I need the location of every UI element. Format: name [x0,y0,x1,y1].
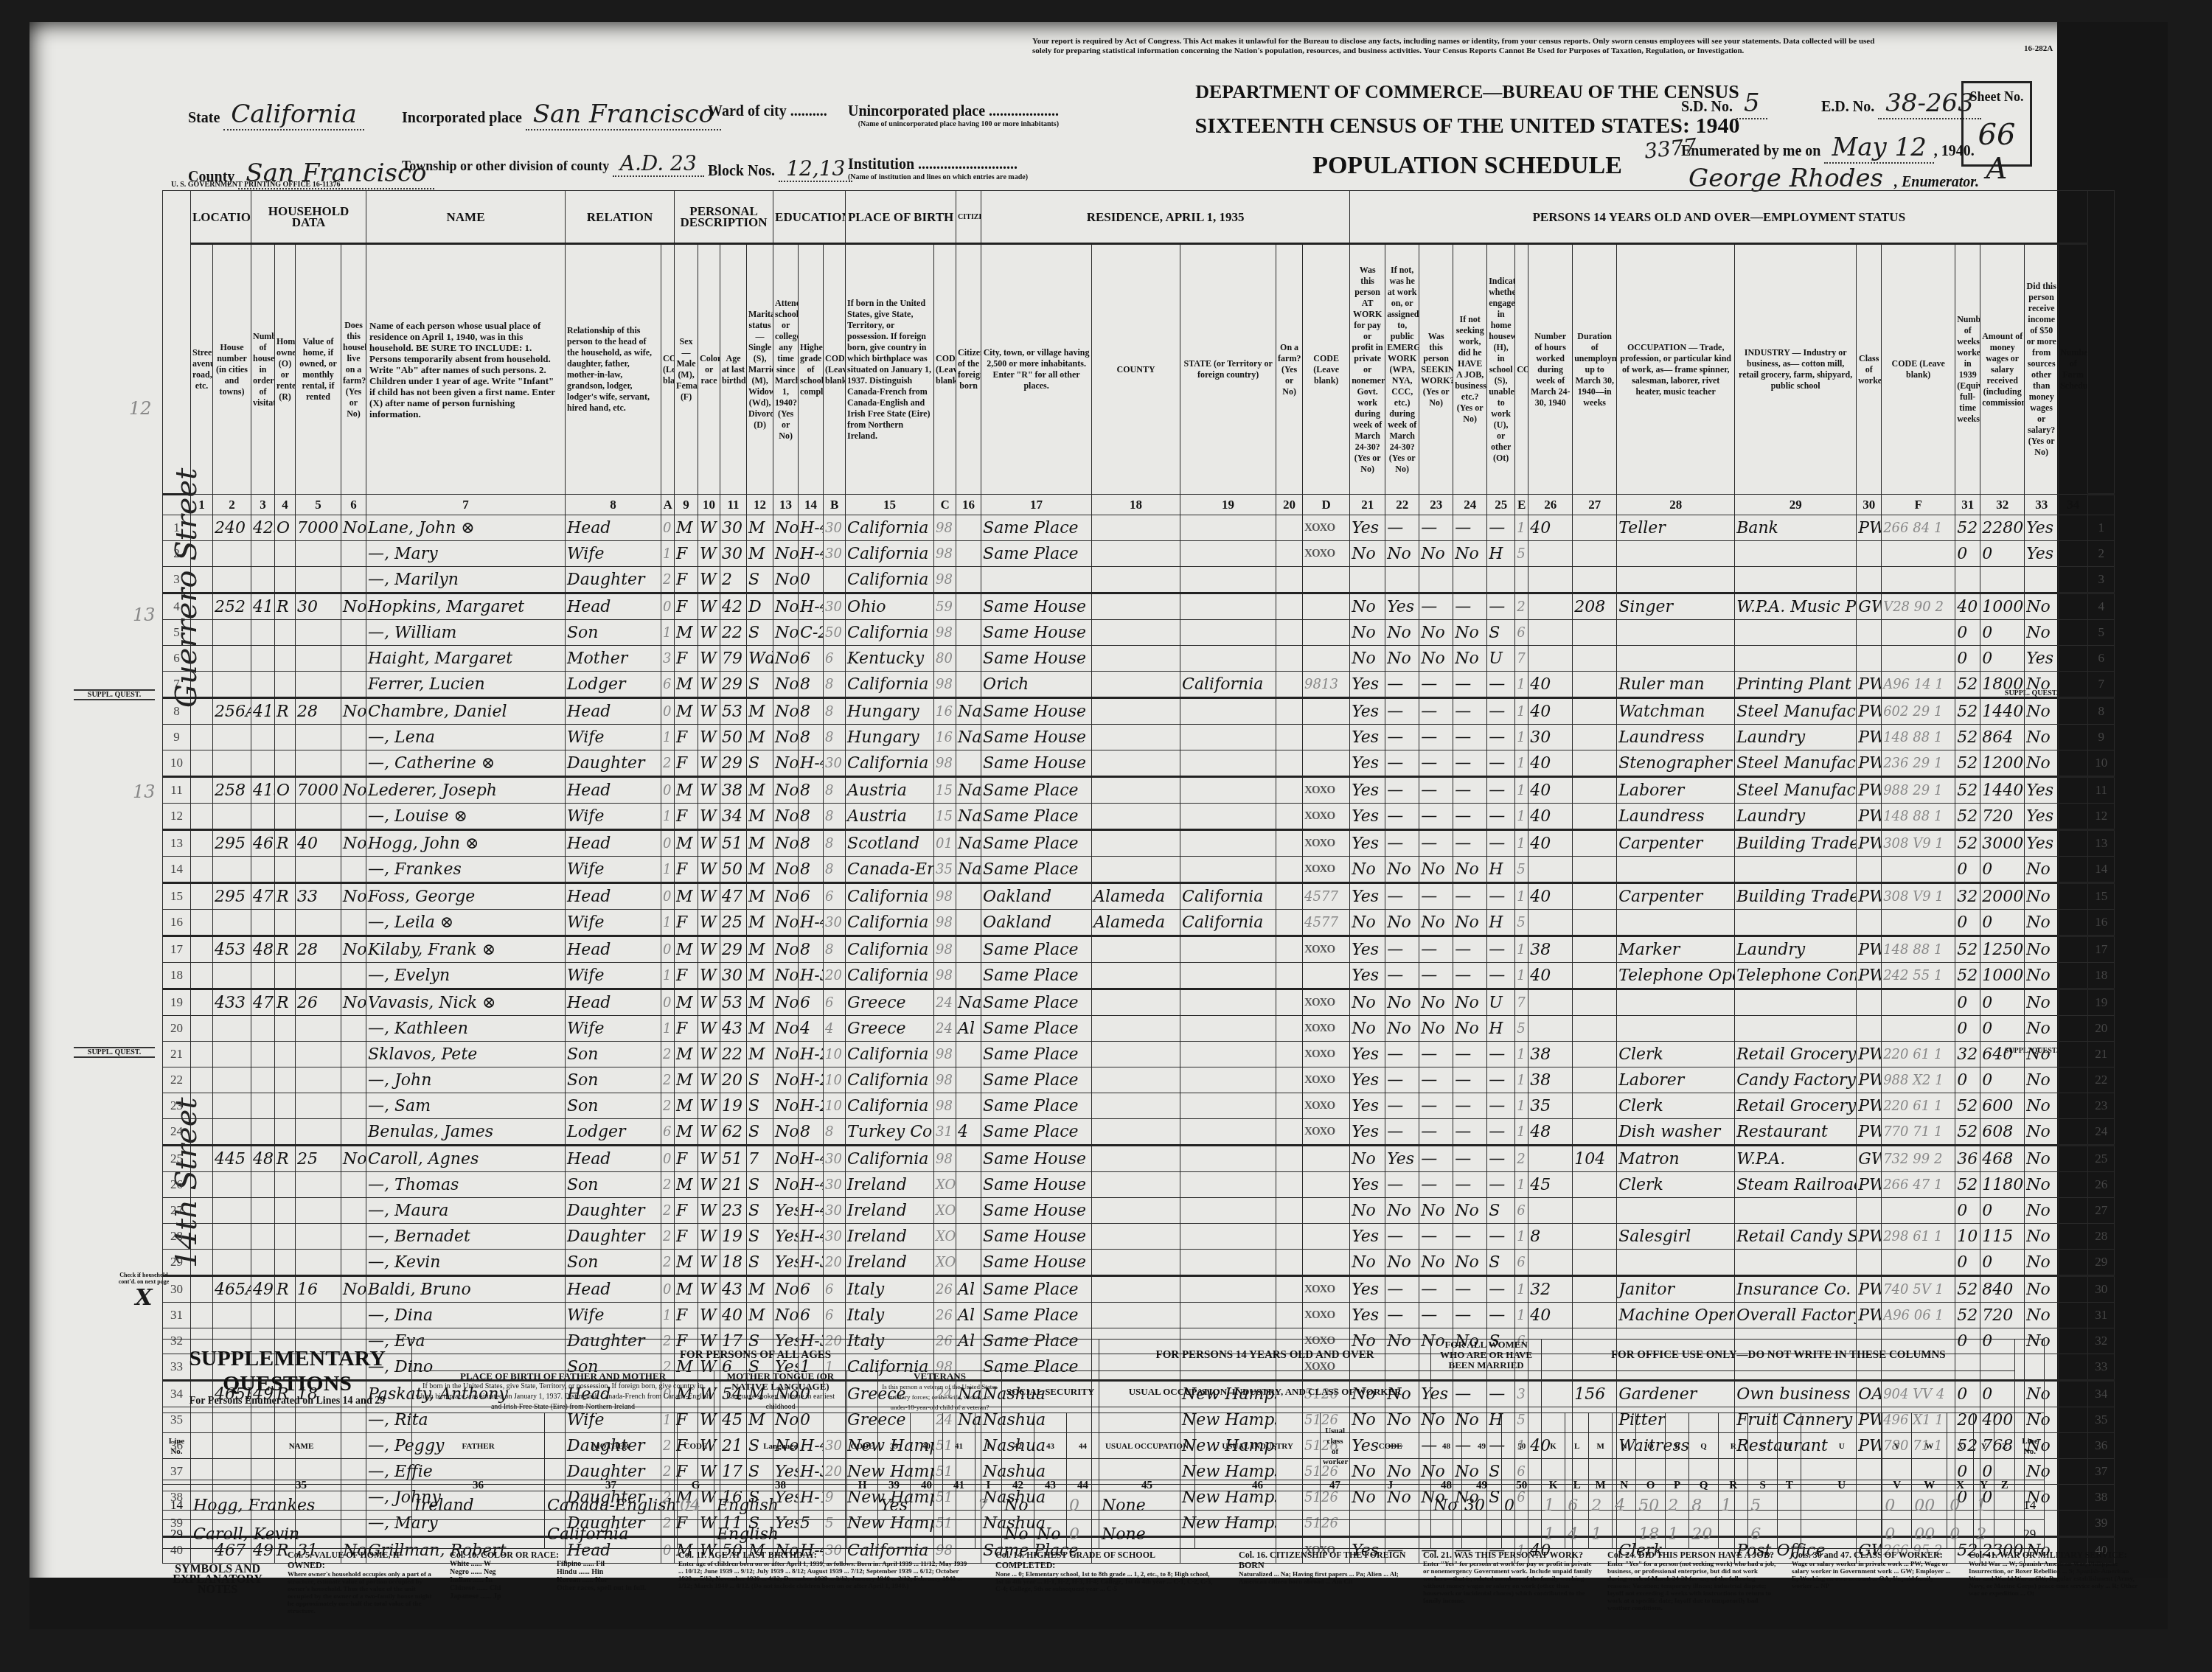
column-number: 16 [956,495,981,515]
cell-gr: 8 [799,698,824,725]
column-number: 33 [2025,495,2059,515]
table-row: 4252419R30NoHopkins, MargaretHead0FW42DN… [163,593,2115,620]
cell-cit: Na [956,725,981,750]
cell-c22: No [1385,1016,1419,1042]
cell-birth: Ohio [846,593,934,620]
supp-column-number: 39 [878,1480,911,1491]
cell-state [1180,1276,1276,1303]
cell-cls [1857,1250,1882,1276]
cell-birth: Ireland [846,1224,934,1250]
cell-c27 [1573,883,1617,910]
supp-column-number: W [1912,1480,1947,1491]
cell-county [1092,963,1180,989]
cell-ca: 0 [661,989,675,1016]
cell-c27 [1573,963,1617,989]
line-number: 28 [2088,1224,2115,1250]
supp-cell-q: 20 [1689,1520,1719,1549]
cell-hh: 479 [251,989,275,1016]
cell-mar: S [747,1224,773,1250]
group-location: LOCATION [191,191,251,244]
supp-header: S [1748,1413,1778,1480]
cell-own: O [275,777,296,804]
cell-race: W [698,593,720,620]
cell-cf [1882,1016,1955,1042]
supp-cell-father [412,1520,545,1549]
group-residence: RESIDENCE, APRIL 1, 1935 [981,191,1350,244]
cell-c22: — [1385,830,1419,857]
desc-col27: Duration of unemployment up to March 30,… [1573,244,1617,495]
cell-race: W [698,910,720,936]
supp-column-number: R [1719,1480,1748,1491]
supp-column-number: 43 [1034,1480,1067,1491]
cell-ca: 0 [661,515,675,541]
column-number: 22 [1385,495,1419,515]
cell-value: 28 [296,936,341,963]
cell-c31: 0 [1955,1250,1980,1276]
cell-rel: Head [566,1276,661,1303]
cell-name: Chambre, Daniel [366,698,566,725]
cell-occ [1617,910,1735,936]
cell-c22: No [1385,1250,1419,1276]
cell-farm: No [341,698,366,725]
cell-mar: M [747,989,773,1016]
cell-c34 [2059,1459,2088,1485]
cell-c32: 1440 [1980,777,2025,804]
cell-county [1092,777,1180,804]
cell-rfarm [1276,1042,1303,1067]
cell-name: Foss, George [366,883,566,910]
cell-c26: 40 [1528,515,1573,541]
cell-c23: — [1419,515,1453,541]
cell-own [275,1224,296,1250]
cell-cc: 01 [934,830,956,857]
cell-county [1092,1042,1180,1067]
supp-column-number: O [1636,1480,1666,1491]
cell-c32: 0 [1980,646,2025,672]
cell-birth: Kentucky [846,646,934,672]
supp-veterans: VETERANS [880,1371,999,1382]
cell-city: Orich [981,672,1092,698]
cell-c33: No [2025,1146,2059,1172]
supp-column-number: 45 [1099,1480,1195,1491]
cell-house [213,910,251,936]
desc-race: Color or race [698,244,720,495]
cell-c24: No [1453,1250,1487,1276]
race-code-item: Indian ...... In [450,1576,549,1584]
cell-cc: 98 [934,1067,956,1093]
cell-c24: — [1453,698,1487,725]
cell-c31: 52 [1955,1119,1980,1146]
cell-c34 [2059,593,2088,620]
table-row: 21Sklavos, PeteSon2MW22MNoH-210Californi… [163,1042,2115,1067]
cell-own: R [275,936,296,963]
cell-ce: 6 [1515,1198,1528,1224]
cell-birth: California [846,963,934,989]
cell-c22: — [1385,1172,1419,1198]
cell-race: W [698,620,720,646]
cell-street [191,593,213,620]
cell-city: Same House [981,698,1092,725]
cell-c34 [2059,1093,2088,1119]
note-col11: Col. 11. AGE AT LAST BIRTHDAY: Enter age… [678,1550,973,1589]
cell-own [275,750,296,777]
cell-rfarm [1276,1146,1303,1172]
line-number: 9 [163,725,191,750]
cell-c22: No [1385,620,1419,646]
cell-c26 [1528,541,1573,567]
cell-cls [1857,1016,1882,1042]
cell-mar: M [747,698,773,725]
cell-ind: Building Trades [1735,830,1857,857]
cell-cd: XOXO [1303,1093,1350,1119]
cell-sch: No [773,567,799,593]
cell-c23: — [1419,698,1453,725]
supp-cell-t [1778,1520,1801,1549]
supp-cell-w50 [1502,1520,1542,1549]
note-col41-text: World War ... W; Spanish-American War, P… [1969,1560,2138,1597]
suppl-quest-marker-14: SUPPL. QUEST. [74,689,155,700]
cell-name: Hogg, John ⊗ [366,830,566,857]
line-number: 33 [2088,1354,2115,1381]
group-household: HOUSEHOLD DATA [251,191,366,244]
cell-city: Same House [981,593,1092,620]
table-row: 22—, JohnSon2MW20SNoH-210California98Sam… [163,1067,2115,1093]
cell-c23: — [1419,1303,1453,1328]
cell-c25: U [1487,646,1515,672]
cell-c31: 10 [1955,1224,1980,1250]
cell-birth: Ireland [846,1198,934,1224]
year-suffix: , 1940. [1934,143,1975,159]
cell-ind: Steam Railroad [1735,1172,1857,1198]
cell-rel: Son [566,1042,661,1067]
cell-ce: 1 [1515,1224,1528,1250]
cell-birth: Austria [846,777,934,804]
cell-state [1180,725,1276,750]
cell-c25: — [1487,1276,1515,1303]
cell-cd: XOXO [1303,857,1350,883]
cell-cb: 6 [824,989,846,1016]
cell-c22: No [1385,989,1419,1016]
desc-residence-state: STATE (or Territory or foreign country) [1180,244,1276,495]
cell-hh: 415 [251,777,275,804]
cell-mar: S [747,1119,773,1146]
cell-cit: Al [956,1276,981,1303]
cell-ca: 3 [661,646,675,672]
ed-field: E.D. No. 38-263 [1821,88,1981,118]
cell-c23: — [1419,1276,1453,1303]
cell-hh [251,646,275,672]
cell-rfarm [1276,541,1303,567]
cell-state [1180,830,1276,857]
cell-c33: No [2025,1119,2059,1146]
cell-c33: No [2025,672,2059,698]
cell-mar: M [747,1016,773,1042]
cell-c21: Yes [1350,936,1385,963]
cell-c24: — [1453,1146,1487,1172]
cell-state: California [1180,883,1276,910]
cell-county [1092,672,1180,698]
state-field: State California [188,100,364,129]
cell-street [191,1276,213,1303]
cell-cd: 4577 [1303,910,1350,936]
cell-race: W [698,646,720,672]
column-number: 13 [773,495,799,515]
line-number: 26 [2088,1172,2115,1198]
cell-city: Same House [981,1224,1092,1250]
cell-c21: Yes [1350,725,1385,750]
cell-hh [251,1224,275,1250]
cell-cf [1882,1198,1955,1224]
cell-c32: 0 [1980,1067,2025,1093]
cell-age: 19 [720,1093,747,1119]
cell-house: 295 [213,883,251,910]
line-number: 24 [2088,1119,2115,1146]
cell-cls [1857,620,1882,646]
supp-cell-mother: Canada-English [545,1491,678,1520]
desc-code-c: CODE (Leave blank) [934,244,956,495]
cell-rel: Son [566,1067,661,1093]
desc-wages: Amount of money wages or salary received… [1980,244,2025,495]
cell-ca: 2 [661,1198,675,1224]
cell-cd: XOXO [1303,1119,1350,1146]
supp-header: 43 [1034,1413,1067,1480]
cell-value [296,1093,341,1119]
cell-c22 [1385,567,1419,593]
cell-ind: Overall Factory [1735,1303,1857,1328]
col-line-header-right [2088,191,2115,495]
supp-cell-r: 1 [1719,1491,1748,1520]
cell-farm: No [341,830,366,857]
cell-birth: California [846,620,934,646]
race-code-item: Filipino ...... Fil [557,1560,656,1568]
cell-c33: No [2025,1042,2059,1067]
cell-rel: Wife [566,725,661,750]
cell-gr: 8 [799,725,824,750]
supp-cell-ucls [1321,1491,1350,1520]
cell-c23: No [1419,620,1453,646]
cell-age: 53 [720,698,747,725]
cell-cls: PW [1857,883,1882,910]
table-row: 8256A416R28NoChambre, DanielHead0MW53MNo… [163,698,2115,725]
cell-hh: 486 [251,1146,275,1172]
enumerated-date: May 12 [1824,133,1933,164]
note-col21-title: Col. 21. WAS THIS PERSON AT WORK? [1423,1550,1593,1560]
supp-column-number: J [1350,1480,1431,1491]
cell-name: —, Frankes [366,857,566,883]
cell-cc: XO [934,1198,956,1224]
supp-column-number: 44 [1067,1480,1099,1491]
cell-cit: Na [956,857,981,883]
cell-c33: No [2025,1016,2059,1042]
cell-c26 [1528,593,1573,620]
supp-column-number: Z [1994,1480,2015,1491]
cell-sex: M [675,1172,698,1198]
supp-cell-z [1994,1491,2015,1520]
supp-cell-o: 50 [1636,1491,1666,1520]
cell-farm [341,1303,366,1328]
table-row: 1240425O7000NoLane, John ⊗Head0MW30MNoH-… [163,515,2115,541]
cell-gr: H-4 [799,515,824,541]
cell-race: W [698,1067,720,1093]
cell-cc: 24 [934,989,956,1016]
cell-cb: 50 [824,620,846,646]
cell-c24: — [1453,883,1487,910]
cell-c22: — [1385,1276,1419,1303]
cell-c23: No [1419,1250,1453,1276]
line-number: 17 [163,936,191,963]
cell-c31: 52 [1955,777,1980,804]
cell-c21: Yes [1350,515,1385,541]
cell-c21 [1350,567,1385,593]
cell-county: Alameda [1092,910,1180,936]
cell-house [213,1224,251,1250]
column-number: 2 [213,495,251,515]
cell-hh [251,857,275,883]
supp-cell-j [1350,1491,1431,1520]
cell-occ: Clerk [1617,1172,1735,1198]
cell-gr: 0 [799,567,824,593]
cell-cit: 4 [956,1119,981,1146]
desc-school: Attended school or college any time sinc… [773,244,799,495]
supp-cell-uind [1195,1520,1321,1549]
cell-rfarm [1276,515,1303,541]
cell-sex: F [675,750,698,777]
desc-other-income: Did this person receive income of $50 or… [2025,244,2059,495]
cell-c32: 1180 [1980,1172,2025,1198]
line-number: 8 [2088,698,2115,725]
desc-farm: Does this household live on a farm? (Yes… [341,244,366,495]
cell-gr: 8 [799,804,824,830]
cell-cit: Na [956,777,981,804]
cell-value [296,1198,341,1224]
cell-gr: 6 [799,883,824,910]
cell-occ: Laborer [1617,777,1735,804]
cell-sex: F [675,1198,698,1224]
note-col30-text: Wage or salary worker in private work ..… [1792,1560,1954,1589]
cell-city: Same Place [981,804,1092,830]
cell-c27 [1573,1119,1617,1146]
cell-ce: 5 [1515,857,1528,883]
cell-c31: 52 [1955,672,1980,698]
supp-header: NAME [191,1413,412,1480]
cell-value: 7000 [296,777,341,804]
township-label: Township or other division of county [402,159,609,173]
cell-c32: 1000 [1980,963,2025,989]
supp-header: FATHER [412,1413,545,1480]
cell-birth: California [846,910,934,936]
cell-c31: 36 [1955,1146,1980,1172]
cell-ca: 6 [661,672,675,698]
supp-header: Z [1994,1413,2015,1480]
cell-c24: — [1453,1119,1487,1146]
cell-occ: Ruler man [1617,672,1735,698]
cell-c27: 104 [1573,1146,1617,1172]
table-row: 26—, ThomasSon2MW21SNoH-430IrelandXOSame… [163,1172,2115,1198]
cell-c26: 40 [1528,804,1573,830]
desc-code-d: CODE (Leave blank) [1303,244,1350,495]
desc-relation: Relationship of this person to the head … [566,244,661,495]
cell-c24 [1453,567,1487,593]
cell-ce: 2 [1515,593,1528,620]
cell-street [191,750,213,777]
cell-street [191,857,213,883]
cell-ce: 7 [1515,646,1528,672]
cell-race: W [698,1303,720,1328]
cell-sex: M [675,698,698,725]
cell-street [191,1198,213,1224]
cell-gr: H-4 [799,1146,824,1172]
cell-gr: H-2 [799,1067,824,1093]
institution-note: (Name of institution and lines on which … [848,173,1028,181]
supp-column-number: 46 [1195,1480,1321,1491]
cell-age: 23 [720,1198,747,1224]
cell-c24: — [1453,777,1487,804]
cell-name: Hopkins, Margaret [366,593,566,620]
cell-sch: No [773,963,799,989]
cell-rel: Mother [566,646,661,672]
supp-header: K [1542,1413,1565,1480]
cell-sex: M [675,515,698,541]
cell-c22: — [1385,1303,1419,1328]
cell-cb: 6 [824,883,846,910]
supp-cell-s44: 0 [1067,1520,1099,1549]
cell-mar: S [747,1172,773,1198]
cell-cb: 30 [824,1224,846,1250]
supp-header: 42 [1002,1413,1034,1480]
cell-cb: 8 [824,725,846,750]
cell-cls: PW [1857,1303,1882,1328]
cell-sch: No [773,804,799,830]
cell-state [1180,1016,1276,1042]
race-code-item: Japanese ...... Jp [450,1592,549,1600]
cell-ce: 1 [1515,804,1528,830]
cell-state [1180,1250,1276,1276]
supp-cell-n: 4 [1613,1491,1636,1520]
cell-cit [956,672,981,698]
cell-c31: 52 [1955,804,1980,830]
cell-name: —, Sam [366,1093,566,1119]
cell-cb: 4 [824,1016,846,1042]
cell-c23: — [1419,750,1453,777]
cell-sch: No [773,593,799,620]
cell-c22: — [1385,1224,1419,1250]
column-number: E [1515,495,1528,515]
supp-cell-s: 5 [1748,1491,1778,1520]
cell-c33: No [2025,593,2059,620]
cell-c22: — [1385,883,1419,910]
cell-cf: A96 06 1 [1882,1303,1955,1328]
cell-ind: Candy Factory [1735,1067,1857,1093]
supp-cell-g [678,1520,714,1549]
cell-county [1092,989,1180,1016]
cell-hh: 488 [251,936,275,963]
supp-cell-s: 6 [1748,1520,1778,1549]
cell-birth: Greece [846,989,934,1016]
supp-column-number: 35 [191,1480,412,1491]
cell-age: 42 [720,593,747,620]
enumeration-date-field: Enumerated by me on May 12, 1940. [1681,133,1975,162]
cell-cit [956,936,981,963]
cell-ind: Bank [1735,515,1857,541]
cell-cls: PW [1857,515,1882,541]
cell-mar: M [747,804,773,830]
cell-age: 29 [720,750,747,777]
cell-own [275,857,296,883]
cell-race: W [698,883,720,910]
cell-c23: No [1419,1198,1453,1224]
supp-cell-v39: Yes [878,1491,911,1520]
form-number: 16-282A [2024,44,2053,53]
